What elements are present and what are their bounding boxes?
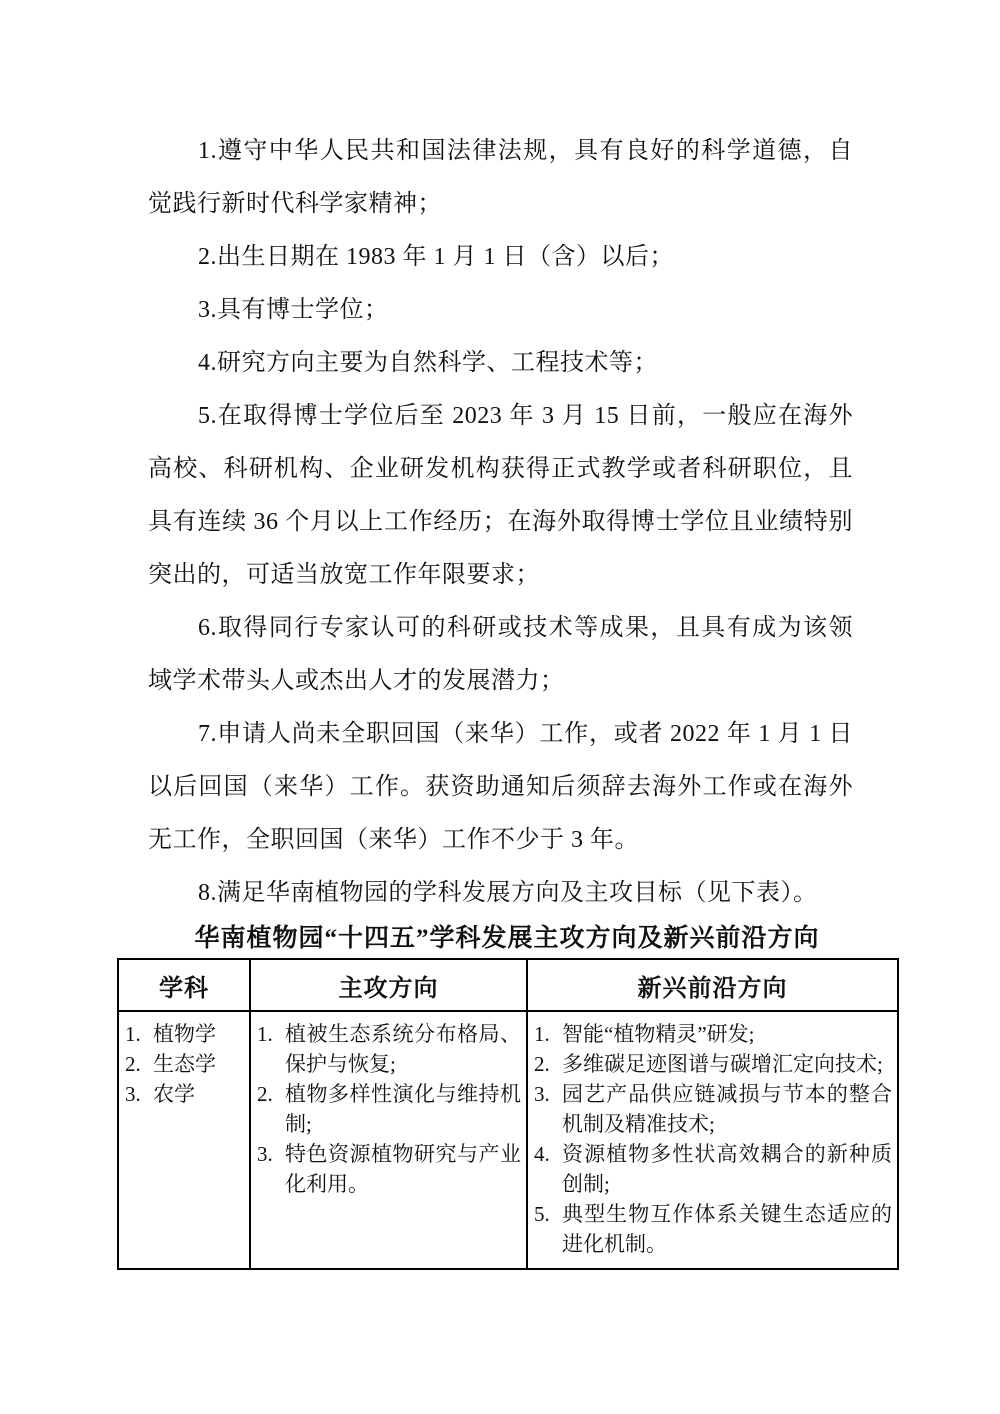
discipline-direction-table: 学科 主攻方向 新兴前沿方向 1. 植物学 2. 生态学 3.	[117, 958, 899, 1270]
table-header-emerging-frontier: 新兴前沿方向	[527, 959, 898, 1011]
list-text: 典型生物互作体系关键生态适应的进化机制。	[562, 1199, 892, 1259]
list-item: 2. 生态学	[125, 1049, 244, 1079]
paragraph-item-2: 2.出生日期在 1983 年 1 月 1 日（含）以后；	[148, 231, 853, 284]
paragraph-item-1: 1.遵守中华人民共和国法律法规，具有良好的科学道德，自觉践行新时代科学家精神；	[148, 125, 853, 231]
list-text: 园艺产品供应链减损与节本的整合机制及精准技术;	[562, 1079, 892, 1139]
cell-subjects: 1. 植物学 2. 生态学 3. 农学	[118, 1011, 250, 1269]
list-item: 2. 多维碳足迹图谱与碳增汇定向技术;	[534, 1049, 892, 1079]
list-number: 1.	[257, 1019, 285, 1079]
paragraph-item-3: 3.具有博士学位；	[148, 284, 853, 337]
list-number: 3.	[534, 1079, 562, 1139]
list-item: 3. 农学	[125, 1079, 244, 1109]
list-number: 3.	[257, 1139, 285, 1199]
list-item: 2. 植物多样性演化与维持机制;	[257, 1079, 521, 1139]
table-title: 华南植物园“十四五”学科发展主攻方向及新兴前沿方向	[117, 920, 897, 958]
paragraph-item-7: 7.申请人尚未全职回国（来华）工作，或者 2022 年 1 月 1 日以后回国（…	[148, 708, 853, 867]
cell-main-directions: 1. 植被生态系统分布格局、保护与恢复; 2. 植物多样性演化与维持机制; 3.…	[250, 1011, 527, 1269]
list-number: 1.	[534, 1019, 562, 1049]
document-page: 1.遵守中华人民共和国法律法规，具有良好的科学道德，自觉践行新时代科学家精神； …	[0, 0, 1000, 1414]
list-number: 1.	[125, 1019, 153, 1049]
paragraph-item-5: 5.在取得博士学位后至 2023 年 3 月 15 日前，一般应在海外高校、科研…	[148, 390, 853, 602]
list-text: 特色资源植物研究与产业化利用。	[285, 1139, 521, 1199]
list-text: 生态学	[153, 1049, 244, 1079]
paragraph-item-8: 8.满足华南植物园的学科发展方向及主攻目标（见下表）。	[148, 867, 853, 920]
list-item: 3. 园艺产品供应链减损与节本的整合机制及精准技术;	[534, 1079, 892, 1139]
list-number: 2.	[534, 1049, 562, 1079]
cell-emerging-frontiers: 1. 智能“植物精灵”研发; 2. 多维碳足迹图谱与碳增汇定向技术; 3. 园艺…	[527, 1011, 898, 1269]
list-number: 4.	[534, 1139, 562, 1199]
list-number: 3.	[125, 1079, 153, 1109]
list-number: 2.	[125, 1049, 153, 1079]
table-header-subject: 学科	[118, 959, 250, 1011]
list-number: 5.	[534, 1199, 562, 1259]
list-text: 植物学	[153, 1019, 244, 1049]
list-text: 植被生态系统分布格局、保护与恢复;	[285, 1019, 521, 1079]
table-header-main-direction: 主攻方向	[250, 959, 527, 1011]
list-item: 3. 特色资源植物研究与产业化利用。	[257, 1139, 521, 1199]
list-item: 1. 植物学	[125, 1019, 244, 1049]
table-header-row: 学科 主攻方向 新兴前沿方向	[118, 959, 898, 1011]
list-number: 2.	[257, 1079, 285, 1139]
list-item: 5. 典型生物互作体系关键生态适应的进化机制。	[534, 1199, 892, 1259]
list-text: 资源植物多性状高效耦合的新种质创制;	[562, 1139, 892, 1199]
table-body-row: 1. 植物学 2. 生态学 3. 农学 1. 植被生态系统分布格	[118, 1011, 898, 1269]
paragraph-item-4: 4.研究方向主要为自然科学、工程技术等；	[148, 337, 853, 390]
list-text: 农学	[153, 1079, 244, 1109]
list-item: 4. 资源植物多性状高效耦合的新种质创制;	[534, 1139, 892, 1199]
list-text: 植物多样性演化与维持机制;	[285, 1079, 521, 1139]
paragraph-item-6: 6.取得同行专家认可的科研或技术等成果，且具有成为该领域学术带头人或杰出人才的发…	[148, 602, 853, 708]
list-item: 1. 植被生态系统分布格局、保护与恢复;	[257, 1019, 521, 1079]
list-text: 智能“植物精灵”研发;	[562, 1019, 892, 1049]
list-text: 多维碳足迹图谱与碳增汇定向技术;	[562, 1049, 892, 1079]
list-item: 1. 智能“植物精灵”研发;	[534, 1019, 892, 1049]
